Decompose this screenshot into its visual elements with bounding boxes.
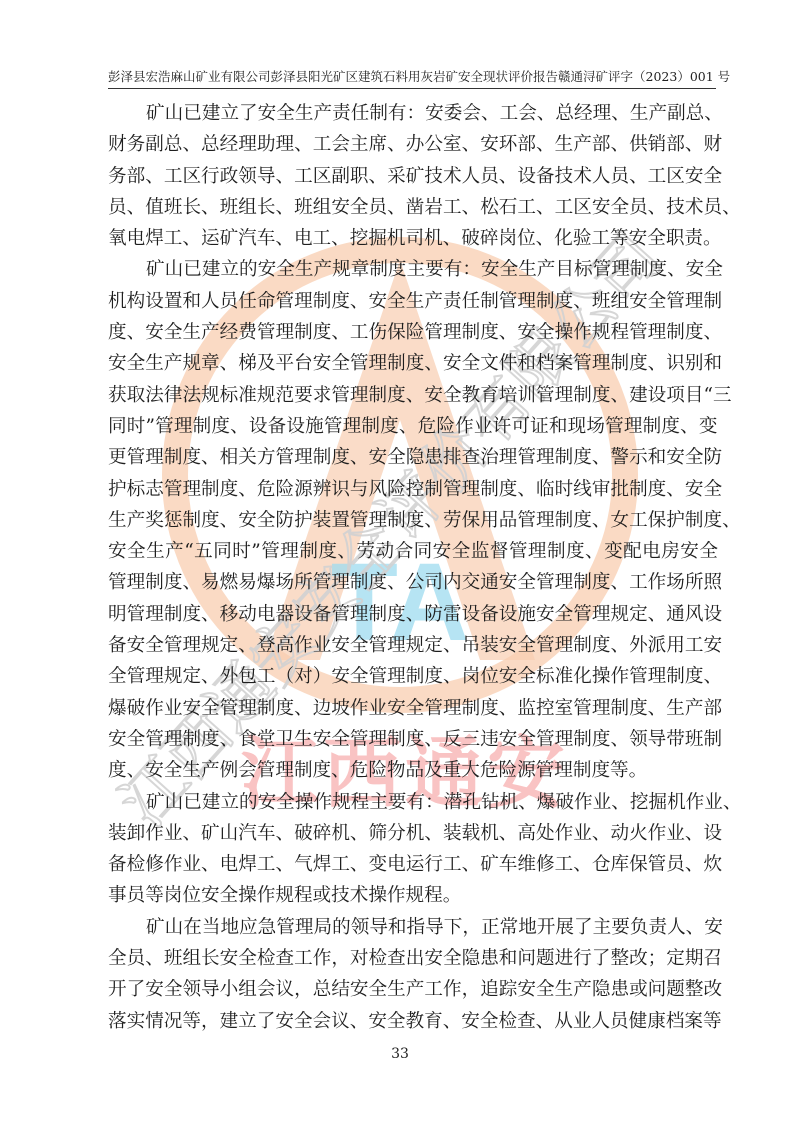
paragraph-line: 安全生产规章、梯及平台安全管理制度、安全文件和档案管理制度、识别和 bbox=[108, 348, 718, 379]
paragraph-line: 矿山已建立的安全生产规章制度主要有：安全生产目标管理制度、安全 bbox=[108, 254, 718, 285]
paragraph-line: 护标志管理制度、危险源辨识与风险控制管理制度、临时线审批制度、安全 bbox=[108, 474, 718, 505]
paragraph-line: 全员、班组长安全检查工作，对检查出安全隐患和问题进行了整改；定期召 bbox=[108, 943, 718, 974]
paragraph: 矿山已建立了安全生产责任制有：安委会、工会、总经理、生产副总、财务副总、总经理助… bbox=[108, 98, 718, 254]
paragraph: 矿山已建立的安全生产规章制度主要有：安全生产目标管理制度、安全机构设置和人员任命… bbox=[108, 254, 718, 786]
paragraph-line: 矿山在当地应急管理局的领导和指导下，正常地开展了主要负责人、安 bbox=[108, 912, 718, 943]
paragraph-line: 安全管理制度、食堂卫生安全管理制度、反三违安全管理制度、领导带班制 bbox=[108, 724, 718, 755]
paragraph-line: 矿山已建立的安全操作规程主要有：潜孔钻机、爆破作业、挖掘机作业、 bbox=[108, 787, 718, 818]
paragraph-line: 获取法律法规标准规范要求管理制度、安全教育培训管理制度、建设项目“三 bbox=[108, 380, 718, 411]
paragraph-line: 备检修作业、电焊工、气焊工、变电运行工、矿车维修工、仓库保管员、炊 bbox=[108, 849, 718, 880]
paragraph-line: 明管理制度、移动电器设备管理制度、防雷设备设施安全管理规定、通风设 bbox=[108, 599, 718, 630]
paragraph-line: 管理制度、易燃易爆场所管理制度、公司内交通安全管理制度、工作场所照 bbox=[108, 567, 718, 598]
paragraph-line: 机构设置和人员任命管理制度、安全生产责任制管理制度、班组安全管理制 bbox=[108, 286, 718, 317]
paragraph-line: 事员等岗位安全操作规程或技术操作规程。 bbox=[108, 880, 718, 911]
paragraph-line: 生产奖惩制度、安全防护装置管理制度、劳保用品管理制度、女工保护制度、 bbox=[108, 505, 718, 536]
paragraph-line: 矿山已建立了安全生产责任制有：安委会、工会、总经理、生产副总、 bbox=[108, 98, 718, 129]
paragraph-line: 同时”管理制度、设备设施管理制度、危险作业许可证和现场管理制度、变 bbox=[108, 411, 718, 442]
body-text: 矿山已建立了安全生产责任制有：安委会、工会、总经理、生产副总、财务副总、总经理助… bbox=[108, 98, 718, 1037]
paragraph-line: 度、安全生产例会管理制度、危险物品及重大危险源管理制度等。 bbox=[108, 755, 718, 786]
paragraph-line: 安全生产“五同时”管理制度、劳动合同安全监督管理制度、变配电房安全 bbox=[108, 536, 718, 567]
paragraph: 矿山已建立的安全操作规程主要有：潜孔钻机、爆破作业、挖掘机作业、装卸作业、矿山汽… bbox=[108, 787, 718, 912]
paragraph-line: 落实情况等，建立了安全会议、安全教育、安全检查、从业人员健康档案等 bbox=[108, 1006, 718, 1037]
paragraph-line: 全管理规定、外包工（对）安全管理制度、岗位安全标准化操作管理制度、 bbox=[108, 661, 718, 692]
paragraph-line: 度、安全生产经费管理制度、工伤保险管理制度、安全操作规程管理制度、 bbox=[108, 317, 718, 348]
paragraph-line: 装卸作业、矿山汽车、破碎机、筛分机、装载机、高处作业、动火作业、设 bbox=[108, 818, 718, 849]
paragraph: 矿山在当地应急管理局的领导和指导下，正常地开展了主要负责人、安全员、班组长安全检… bbox=[108, 912, 718, 1037]
report-title: 彭泽县宏浩麻山矿业有限公司彭泽县阳光矿区建筑石料用灰岩矿安全现状评价报告 bbox=[108, 66, 558, 88]
paragraph-line: 员、值班长、班组长、班组安全员、凿岩工、松石工、工区安全员、技术员、 bbox=[108, 192, 718, 223]
paragraph-line: 开了安全领导小组会议，总结安全生产工作，追踪安全生产隐患或问题整改 bbox=[108, 974, 718, 1005]
page-number: 33 bbox=[0, 1046, 800, 1062]
paragraph-line: 更管理制度、相关方管理制度、安全隐患排查治理管理制度、警示和安全防 bbox=[108, 442, 718, 473]
paragraph-line: 爆破作业安全管理制度、边坡作业安全管理制度、监控室管理制度、生产部 bbox=[108, 693, 718, 724]
document-number: 赣通浔矿评字（2023）001 号 bbox=[558, 66, 730, 88]
paragraph-line: 氧电焊工、运矿汽车、电工、挖掘机司机、破碎岗位、化验工等安全职责。 bbox=[108, 223, 718, 254]
paragraph-line: 务部、工区行政领导、工区副职、采矿技术人员、设备技术人员、工区安全 bbox=[108, 161, 718, 192]
paragraph-line: 备安全管理规定、登高作业安全管理规定、吊装安全管理制度、外派用工安 bbox=[108, 630, 718, 661]
paragraph-line: 财务副总、总经理助理、工会主席、办公室、安环部、生产部、供销部、财 bbox=[108, 129, 718, 160]
page-header: 彭泽县宏浩麻山矿业有限公司彭泽县阳光矿区建筑石料用灰岩矿安全现状评价报告 赣通浔… bbox=[108, 66, 716, 89]
